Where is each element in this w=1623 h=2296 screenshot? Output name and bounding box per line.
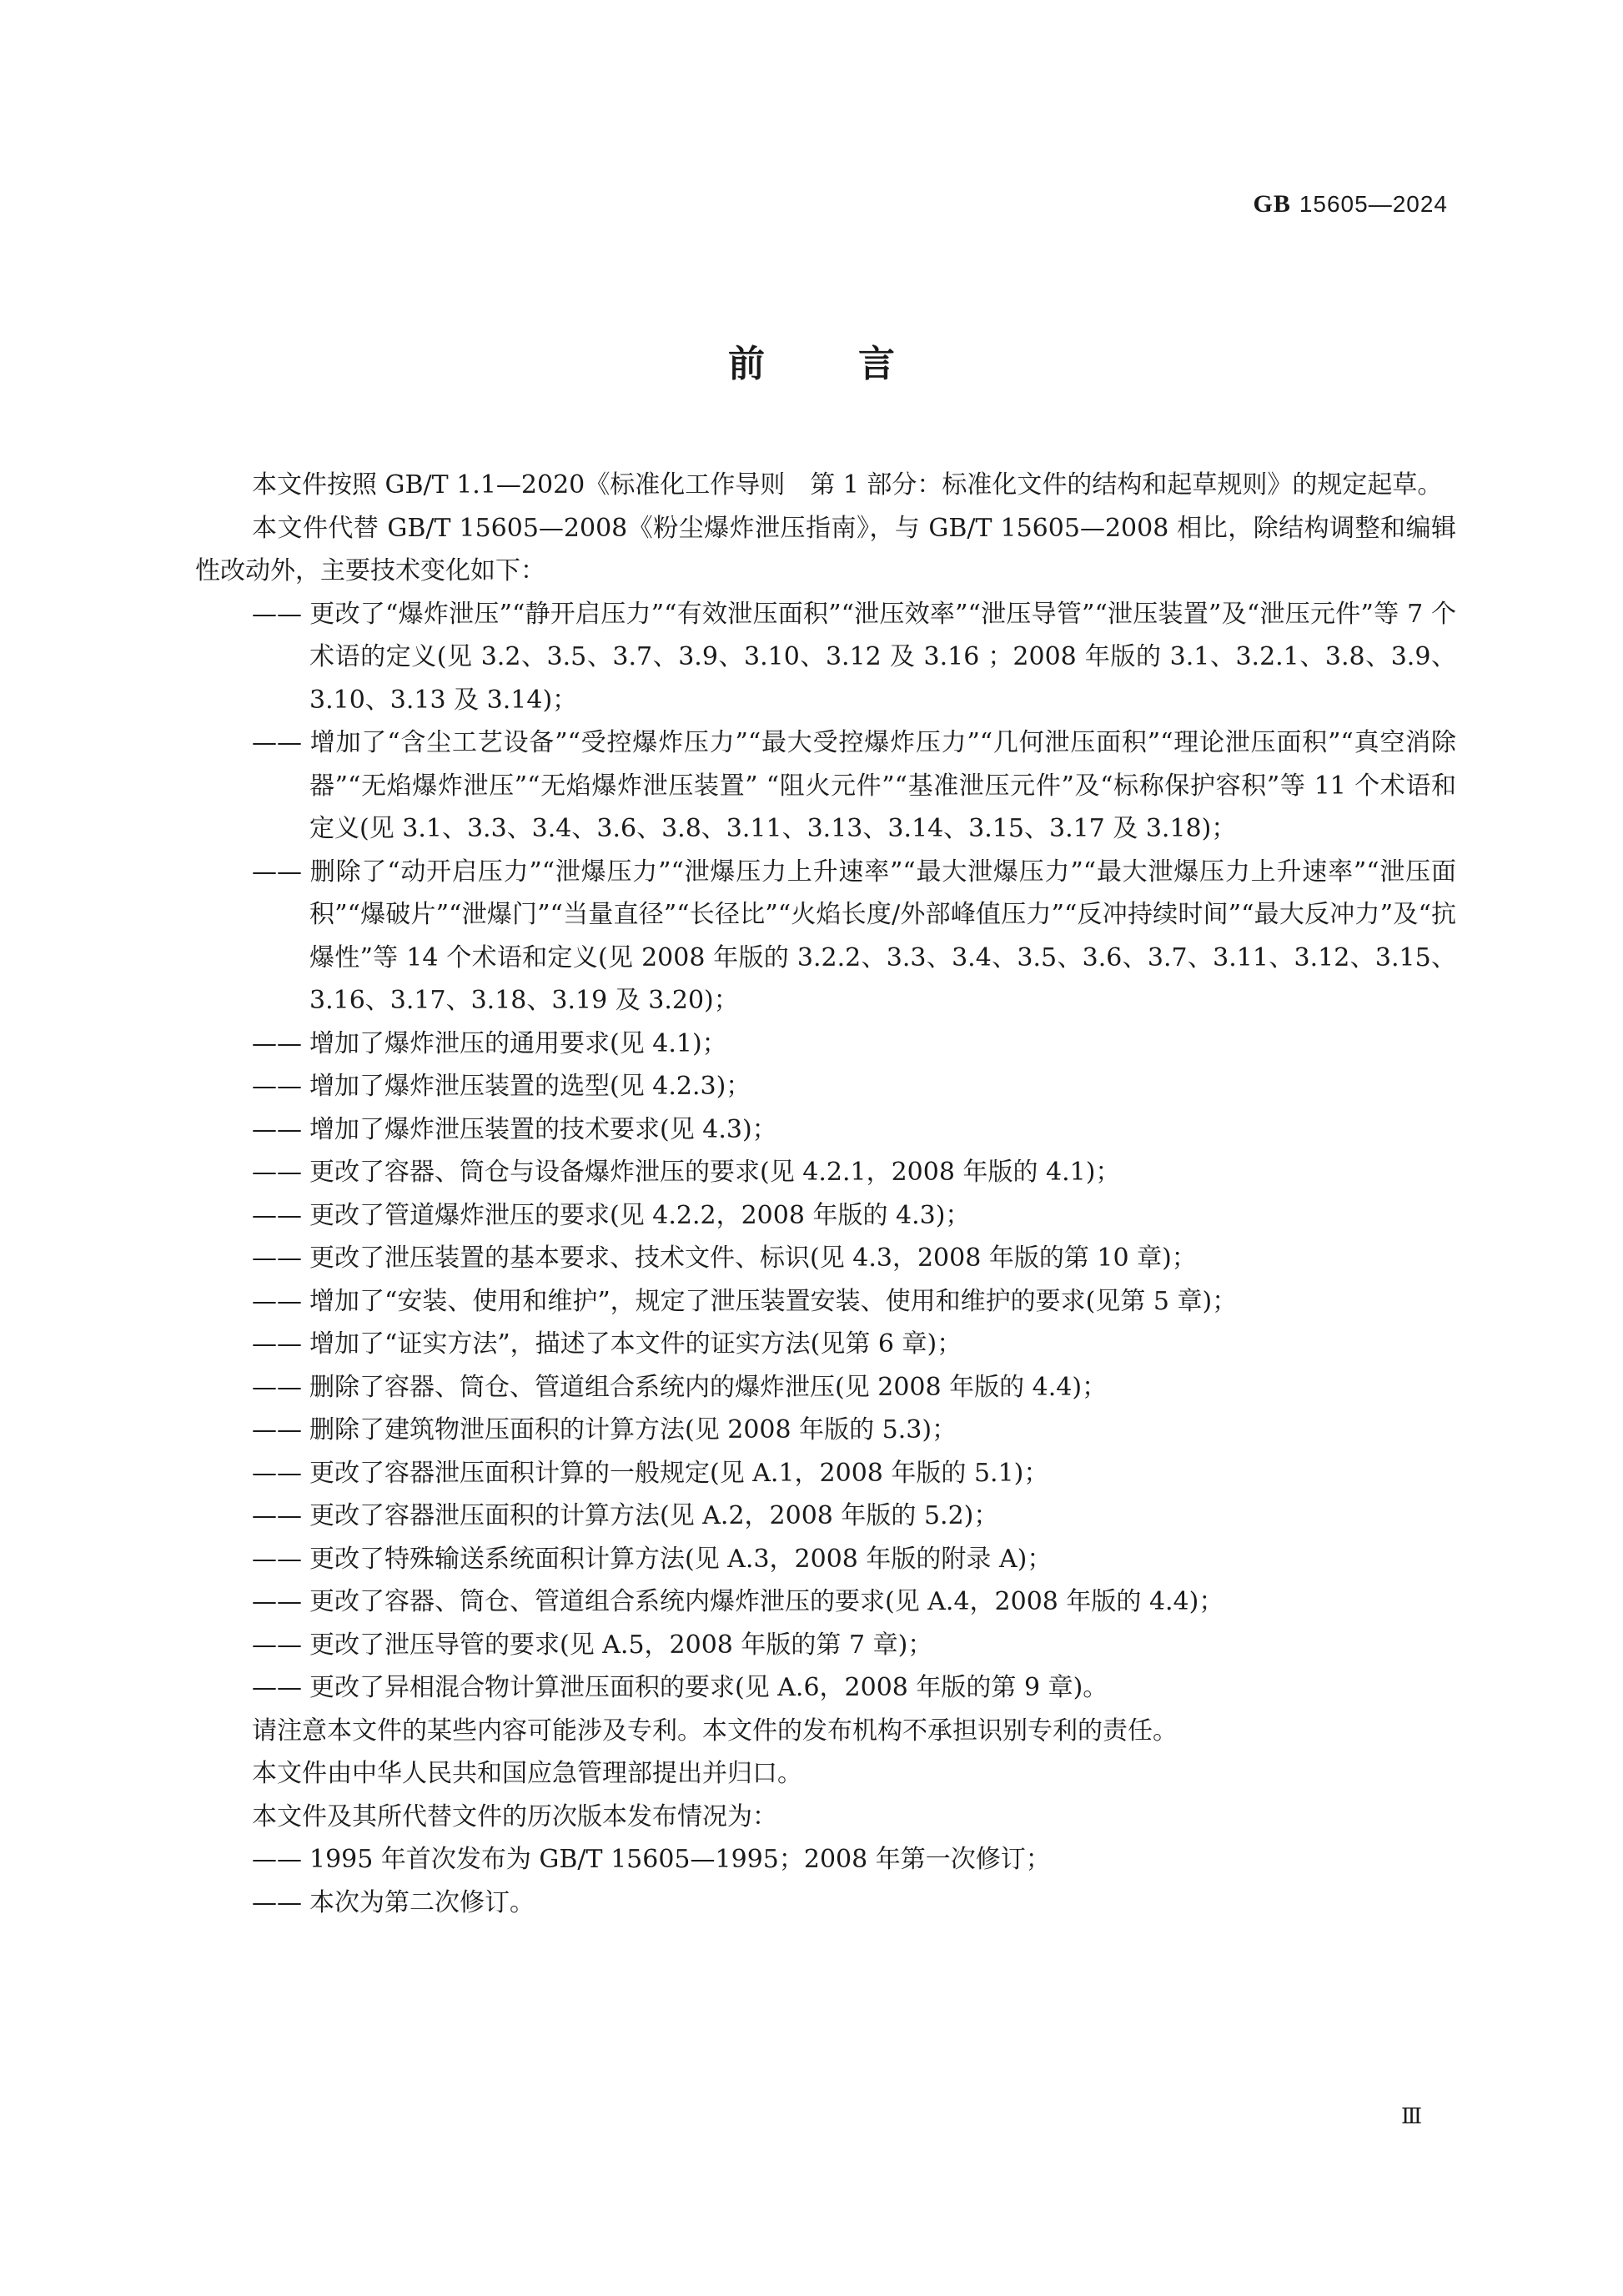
drafting-rules-paragraph: 本文件按照 GB/T 1.1—2020《标准化工作导则 第 1 部分：标准化文件… — [195, 464, 1456, 507]
version-history-list: ——1995 年首次发布为 GB/T 15605—1995；2008 年第一次修… — [195, 1838, 1456, 1924]
list-item: ——更改了容器、筒仓、管道组合系统内爆炸泄压的要求(见 A.4，2008 年版的… — [195, 1580, 1456, 1624]
list-item: ——增加了爆炸泄压的通用要求(见 4.1)； — [195, 1022, 1456, 1066]
list-item: ——更改了容器、筒仓与设备爆炸泄压的要求(见 4.2.1，2008 年版的 4.… — [195, 1151, 1456, 1194]
list-item: ——1995 年首次发布为 GB/T 15605—1995；2008 年第一次修… — [195, 1838, 1456, 1882]
list-item: ——增加了“证实方法”，描述了本文件的证实方法(见第 6 章)； — [195, 1323, 1456, 1366]
list-item: ——更改了泄压导管的要求(见 A.5，2008 年版的第 7 章)； — [195, 1624, 1456, 1667]
page-title-char-1: 前 — [728, 334, 765, 387]
foreword-body: 本文件按照 GB/T 1.1—2020《标准化工作导则 第 1 部分：标准化文件… — [195, 464, 1456, 1924]
replacement-paragraph: 本文件代替 GB/T 15605—2008《粉尘爆炸泄压指南》，与 GB/T 1… — [195, 507, 1456, 593]
list-item: ——增加了爆炸泄压装置的技术要求(见 4.3)； — [195, 1108, 1456, 1152]
list-item: ——更改了泄压装置的基本要求、技术文件、标识(见 4.3，2008 年版的第 1… — [195, 1237, 1456, 1280]
technical-changes-list: ——更改了“爆炸泄压”“静开启压力”“有效泄压面积”“泄压效率”“泄压导管”“泄… — [195, 593, 1456, 1710]
page-title: 前言 — [0, 334, 1623, 387]
list-item: ——删除了容器、筒仓、管道组合系统内的爆炸泄压(见 2008 年版的 4.4)； — [195, 1366, 1456, 1409]
proposer-statement: 本文件由中华人民共和国应急管理部提出并归口。 — [195, 1752, 1456, 1796]
standard-prefix: GB — [1253, 190, 1290, 218]
list-item: ——更改了容器泄压面积的计算方法(见 A.2，2008 年版的 5.2)； — [195, 1495, 1456, 1538]
page-title-char-2: 言 — [858, 334, 895, 387]
list-item: ——更改了“爆炸泄压”“静开启压力”“有效泄压面积”“泄压效率”“泄压导管”“泄… — [195, 593, 1456, 722]
standard-number: 15605—2024 — [1299, 191, 1448, 217]
list-item: ——本次为第二次修订。 — [195, 1882, 1456, 1925]
list-item: ——删除了“动开启压力”“泄爆压力”“泄爆压力上升速率”“最大泄爆压力”“最大泄… — [195, 851, 1456, 1022]
standard-code: GB15605—2024 — [1253, 190, 1448, 219]
list-item: ——增加了爆炸泄压装置的选型(见 4.2.3)； — [195, 1065, 1456, 1108]
page-number: Ⅲ — [1401, 2104, 1422, 2129]
list-item: ——删除了建筑物泄压面积的计算方法(见 2008 年版的 5.3)； — [195, 1409, 1456, 1452]
list-item: ——增加了“含尘工艺设备”“受控爆炸压力”“最大受控爆炸压力”“几何泄压面积”“… — [195, 721, 1456, 851]
list-item: ——更改了特殊输送系统面积计算方法(见 A.3，2008 年版的附录 A)； — [195, 1538, 1456, 1581]
list-item: ——增加了“安装、使用和维护”，规定了泄压装置安装、使用和维护的要求(见第 5 … — [195, 1280, 1456, 1324]
history-intro: 本文件及其所代替文件的历次版本发布情况为： — [195, 1796, 1456, 1839]
list-item: ——更改了管道爆炸泄压的要求(见 4.2.2，2008 年版的 4.3)； — [195, 1194, 1456, 1238]
patent-notice: 请注意本文件的某些内容可能涉及专利。本文件的发布机构不承担识别专利的责任。 — [195, 1710, 1456, 1753]
list-item: ——更改了容器泄压面积计算的一般规定(见 A.1，2008 年版的 5.1)； — [195, 1452, 1456, 1495]
list-item: ——更改了异相混合物计算泄压面积的要求(见 A.6，2008 年版的第 9 章)… — [195, 1666, 1456, 1710]
